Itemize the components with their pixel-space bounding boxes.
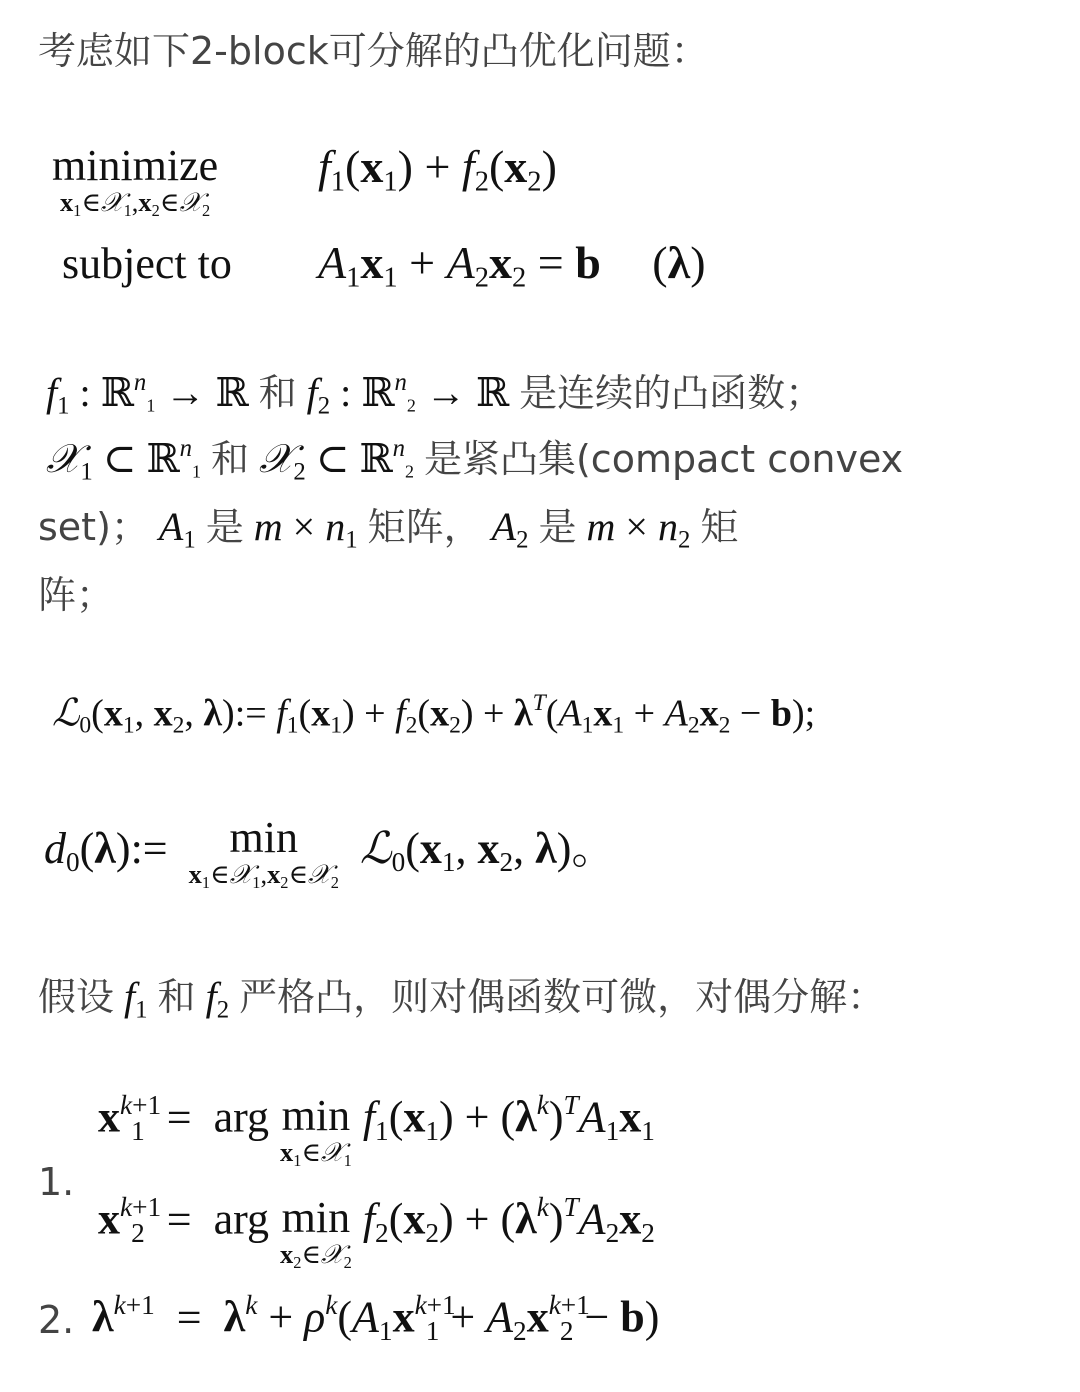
lagrangian-formula: ℒ0(x1, x2, λ):= f1(x1) + f2(x2) + λT(A1x… <box>52 690 815 739</box>
assumption-line-2: 𝒳1 ⊂ ℝn1 和 𝒳2 ⊂ ℝn2 是紧凸集(compact convex <box>46 428 903 486</box>
minimize-constraint: x1∈𝒳1,x2∈𝒳2 <box>52 189 218 219</box>
minimize-label: minimize <box>52 140 218 191</box>
strict-convex-text: 假设 f1 和 f2 严格凸，则对偶函数可微，对偶分解： <box>38 966 885 1024</box>
assumption-line-4: 阵； <box>38 564 114 619</box>
assumption-line-3: set)； A1 是 m × n1 矩阵， A2 是 m × n2 矩 <box>38 496 738 554</box>
step-2-update-lambda: λk+1 = λk + ρk(A1xk+11 + A2xk+12 − b) <box>92 1290 659 1347</box>
subject-to-label: subject to <box>62 238 232 289</box>
step-1-number: 1. <box>38 1160 74 1204</box>
dual-function-formula: d0(λ):= min x1∈𝒳1,x2∈𝒳2 ℒ0(x1, x2, λ)。 <box>44 812 615 891</box>
constraint-formula: A1x1+A2x2=b (λ) <box>318 236 706 295</box>
step-2-number: 2. <box>38 1298 74 1342</box>
objective-formula: f1(x1)+f2(x2) <box>318 140 557 199</box>
assumption-line-1: f1 : ℝn1 → ℝ 和 f2 : ℝn2 → ℝ 是连续的凸函数； <box>46 362 823 420</box>
intro-text: 考虑如下2-block可分解的凸优化问题： <box>38 20 709 75</box>
step-1-update-x2: xk+12 = arg minx2∈𝒳2 f2(x2) + (λk)TA2x2 <box>98 1192 655 1271</box>
minimize-block: minimize x1∈𝒳1,x2∈𝒳2 <box>52 140 218 219</box>
step-1-update-x1: xk+11 = arg minx1∈𝒳1 f1(x1) + (λk)TA1x1 <box>98 1090 655 1169</box>
